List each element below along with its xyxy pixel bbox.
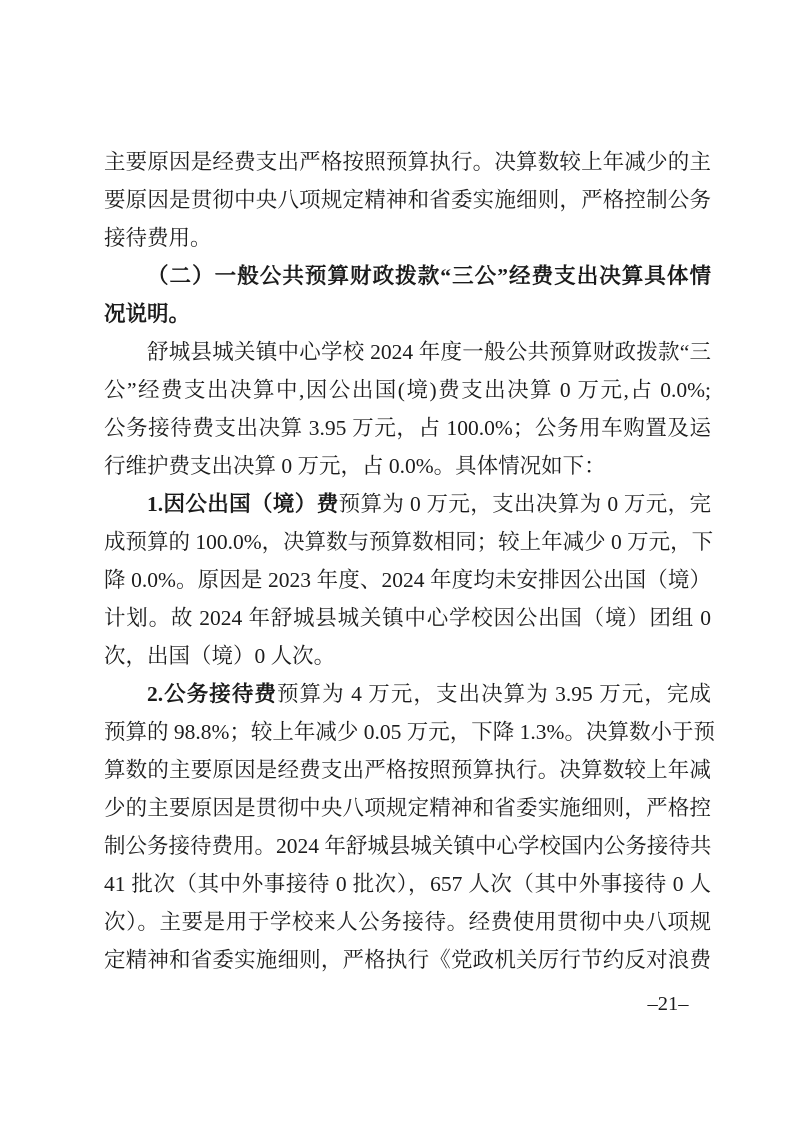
text-line: 接待费用。 — [104, 219, 711, 257]
text-line: 要原因是贯彻中央八项规定精神和省委实施细则，严格控制公务 — [104, 181, 711, 219]
bold-run: 1.因公出国（境）费 — [147, 492, 339, 516]
text-line: 降 0.0%。原因是 2023 年度、2024 年度均未安排因公出国（境） — [104, 561, 711, 599]
document-page: 主要原因是经费支出严格按照预算执行。决算数较上年减少的主要原因是贯彻中央八项规定… — [0, 0, 793, 1122]
para-three-public-overview: 舒城县城关镇中心学校 2024 年度一般公共预算财政拨款“三公”经费支出决算中,… — [104, 333, 711, 485]
text-line: 制公务接待费用。2024 年舒城县城关镇中心学校国内公务接待共 — [104, 827, 711, 865]
text-line: 行维护费支出决算 0 万元，占 0.0%。具体情况如下： — [104, 447, 711, 485]
text-line: 况说明。 — [104, 295, 711, 333]
text-line: 2.公务接待费预算为 4 万元，支出决算为 3.95 万元，完成 — [104, 675, 711, 713]
text-line: 计划。故 2024 年舒城县城关镇中心学校因公出国（境）团组 0 — [104, 599, 711, 637]
text-line: 算数的主要原因是经费支出严格按照预算执行。决算数较上年减 — [104, 751, 711, 789]
text-line: 主要原因是经费支出严格按照预算执行。决算数较上年减少的主 — [104, 143, 711, 181]
text-line: 41 批次（其中外事接待 0 批次），657 人次（其中外事接待 0 人 — [104, 865, 711, 903]
text-line: 次）。主要是用于学校来人公务接待。经费使用贯彻中央八项规 — [104, 903, 711, 941]
para-item-2-official-reception: 2.公务接待费预算为 4 万元，支出决算为 3.95 万元，完成预算的 98.8… — [104, 675, 711, 979]
text-line: 舒城县城关镇中心学校 2024 年度一般公共预算财政拨款“三 — [104, 333, 711, 371]
text-line: 公务接待费支出决算 3.95 万元，占 100.0%；公务用车购置及运 — [104, 409, 711, 447]
para-item-1-overseas-trips: 1.因公出国（境）费预算为 0 万元，支出决算为 0 万元，完成预算的 100.… — [104, 485, 711, 675]
para-carryover-reason: 主要原因是经费支出严格按照预算执行。决算数较上年减少的主要原因是贯彻中央八项规定… — [104, 143, 711, 257]
text-line: 成预算的 100.0%，决算数与预算数相同；较上年减少 0 万元，下 — [104, 523, 711, 561]
text-line: 公”经费支出决算中,因公出国(境)费支出决算 0 万元,占 0.0%; — [104, 371, 711, 409]
bold-run: 2.公务接待费 — [147, 682, 277, 706]
heading-section-two: （二）一般公共预算财政拨款“三公”经费支出决算具体情况说明。 — [104, 257, 711, 333]
document-body: 主要原因是经费支出严格按照预算执行。决算数较上年减少的主要原因是贯彻中央八项规定… — [104, 143, 711, 979]
text-line: 次，出国（境）0 人次。 — [104, 637, 711, 675]
text-line: 预算的 98.8%；较上年减少 0.05 万元，下降 1.3%。决算数小于预 — [104, 713, 711, 751]
text-line: 定精神和省委实施细则，严格执行《党政机关厉行节约反对浪费 — [104, 941, 711, 979]
text-line: 少的主要原因是贯彻中央八项规定精神和省委实施细则，严格控 — [104, 789, 711, 827]
page-number: –21– — [618, 989, 718, 1019]
text-line: 1.因公出国（境）费预算为 0 万元，支出决算为 0 万元，完 — [104, 485, 711, 523]
text-line: （二）一般公共预算财政拨款“三公”经费支出决算具体情 — [104, 257, 711, 295]
